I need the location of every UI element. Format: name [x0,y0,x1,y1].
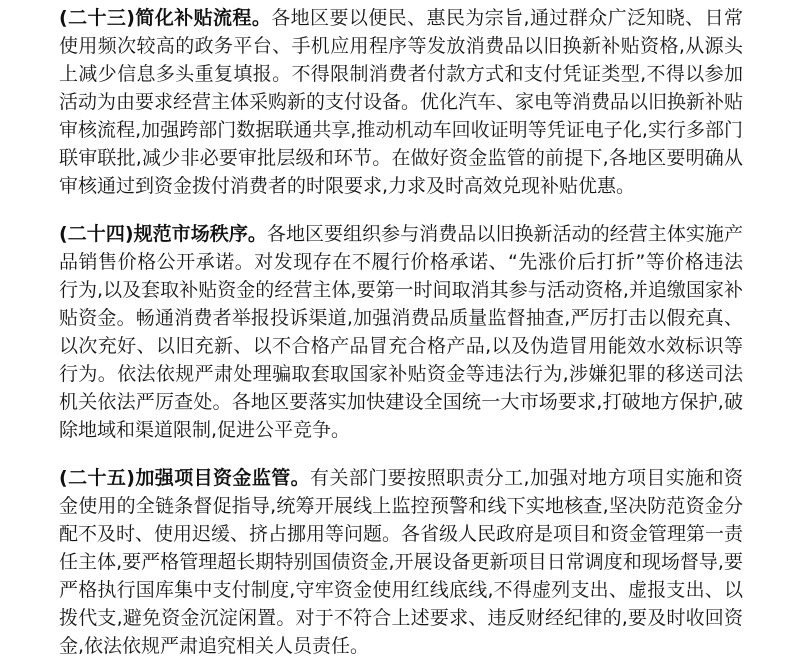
paragraph-item-24: (二十四)规范市场秩序。各地区要组织参与消费品以旧换新活动的经营主体实施产品销售… [59,220,743,444]
document-page: (二十三)简化补贴流程。各地区要以便民、惠民为宗旨,通过群众广泛知晓、日常使用频… [0,0,787,659]
paragraph-body-simplify-subsidy-process: 各地区要以便民、惠民为宗旨,通过群众广泛知晓、日常使用频次较高的政务平台、手机应… [59,7,743,197]
paragraph-heading-regulate-market-order: (二十四)规范市场秩序。 [59,223,267,245]
paragraph-heading-strengthen-fund-supervision: (二十五)加强项目资金监管。 [59,467,310,489]
paragraph-body-regulate-market-order: 各地区要组织参与消费品以旧换新活动的经营主体实施产品销售价格公开承诺。对发现存在… [59,223,743,441]
paragraph-item-25: (二十五)加强项目资金监管。有关部门要按照职责分工,加强对地方项目实施和资金使用… [59,464,743,659]
paragraph-body-strengthen-fund-supervision: 有关部门要按照职责分工,加强对地方项目实施和资金使用的全链条督促指导,统筹开展线… [59,467,743,657]
paragraph-heading-simplify-subsidy-process: (二十三)简化补贴流程。 [59,7,271,29]
paragraph-item-23: (二十三)简化补贴流程。各地区要以便民、惠民为宗旨,通过群众广泛知晓、日常使用频… [59,4,743,200]
